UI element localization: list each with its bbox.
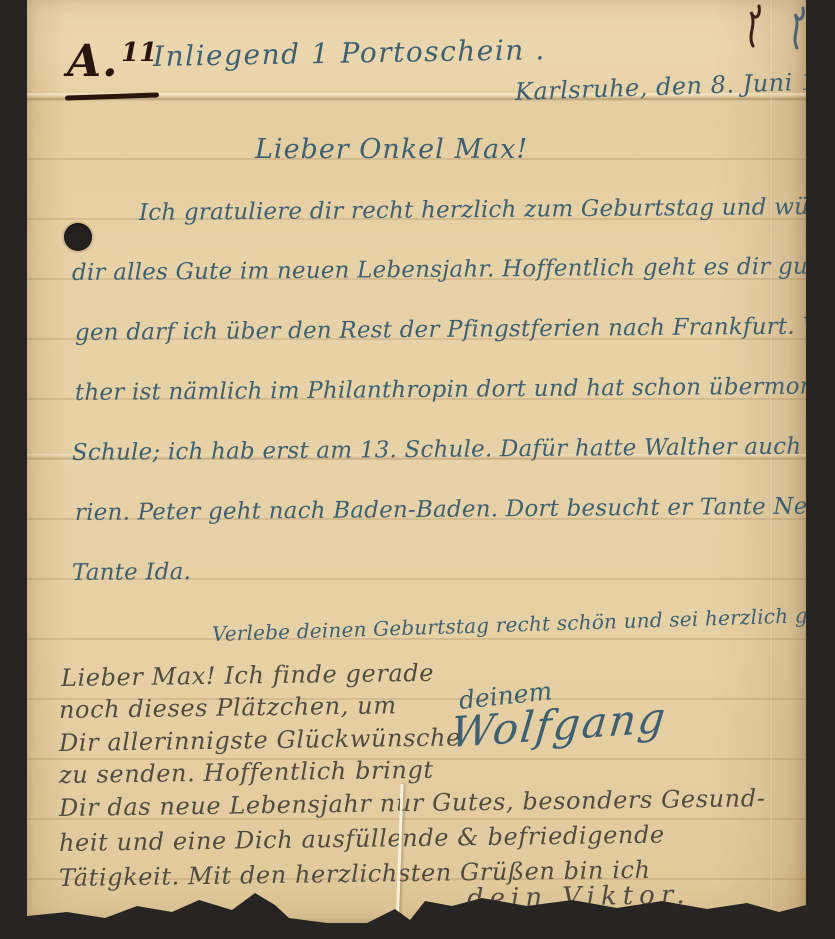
underline-stroke <box>65 92 159 100</box>
vertical-crease <box>769 0 773 930</box>
postscript-line: zu senden. Hoffentlich bringt <box>59 756 434 789</box>
closing-line: Verlebe deinen Geburtstag recht schön un… <box>212 600 835 646</box>
signature-viktor: dein Viktor. <box>467 880 691 914</box>
letter-line: rien. Peter geht nach Baden-Baden. Dort … <box>75 493 835 526</box>
postscript-line: Dir das neue Lebensjahr nur Gutes, beson… <box>59 784 766 822</box>
letter-line: gen darf ich über den Rest der Pfingstfe… <box>75 313 835 346</box>
letter-line: Ich gratuliere dir recht herzlich zum Ge… <box>139 194 835 226</box>
letter-line: Tante Ida. <box>72 559 191 586</box>
paper-sheet: A. 11 Inliegend 1 Portoschein . Karlsruh… <box>27 0 806 930</box>
postscript-line: noch dieses Plätzchen, um <box>59 691 397 724</box>
letter-line: Schule; ich hab erst am 13. Schule. Dafü… <box>72 433 835 466</box>
scanned-letter-photo: A. 11 Inliegend 1 Portoschein . Karlsruh… <box>0 0 835 939</box>
corner-ink-marks-icon <box>739 0 806 52</box>
archive-number: 11 <box>121 38 157 68</box>
postscript-line: Lieber Max! Ich finde gerade <box>61 659 434 692</box>
archive-mark: A. <box>67 36 118 87</box>
enclosure-note: Inliegend 1 Portoschein . <box>153 33 546 73</box>
letter-line: dir alles Gute im neuen Lebensjahr. Hoff… <box>72 253 835 286</box>
dateline: Karlsruhe, den 8. Juni 1938 <box>515 66 835 106</box>
postscript-line: heit und eine Dich ausfüllende & befried… <box>59 821 665 857</box>
postscript-line: Dir allerinnigste Glückwünsche <box>59 723 461 757</box>
punch-hole <box>64 223 92 251</box>
salutation: Lieber Onkel Max! <box>255 134 528 165</box>
letter-line: ther ist nämlich im Philanthropin dort u… <box>75 373 835 406</box>
